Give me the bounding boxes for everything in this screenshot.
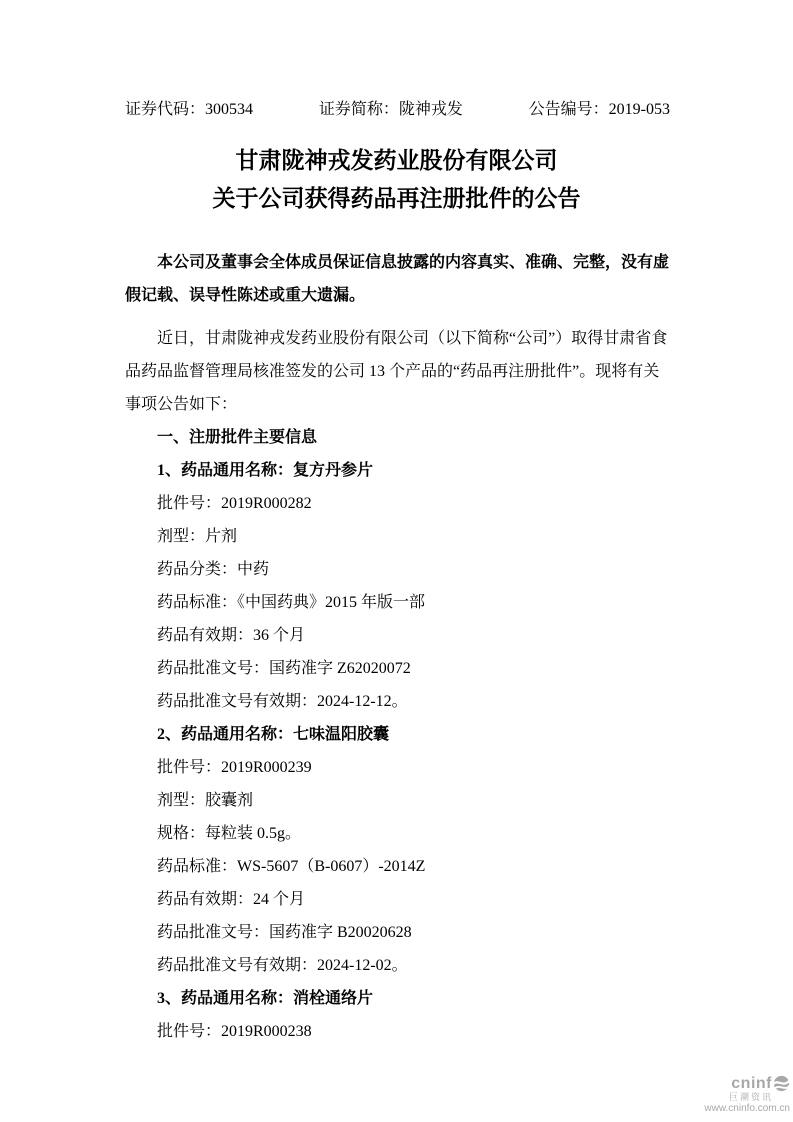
- drug-detail-line: 药品分类：中药: [125, 553, 670, 586]
- cninfo-brand-text: cninf: [731, 1076, 772, 1092]
- cninfo-brand-row: cninf: [680, 1075, 790, 1092]
- drug-detail-line: 药品标准：《中国药典》2015 年版一部: [125, 586, 670, 619]
- drug-detail-line: 药品批准文号：国药准字 B20020628: [125, 916, 670, 949]
- document-title: 甘肃陇神戎发药业股份有限公司 关于公司获得药品再注册批件的公告: [0, 142, 793, 218]
- drug-detail-line: 药品批准文号有效期：2024-12-02。: [125, 949, 670, 982]
- drug-heading: 1、药品通用名称：复方丹参片: [125, 454, 670, 487]
- cninfo-swirl-icon: [773, 1075, 790, 1092]
- title-line-subject: 关于公司获得药品再注册批件的公告: [0, 180, 793, 218]
- disclaimer-paragraph: 本公司及董事会全体成员保证信息披露的内容真实、准确、完整，没有虚假记载、误导性陈…: [125, 246, 670, 312]
- drug-detail-line: 药品批准文号：国药准字 Z62020072: [125, 652, 670, 685]
- document-header: 证券代码：300534 证券简称：陇神戎发 公告编号：2019-053: [125, 100, 670, 120]
- cninfo-watermark: cninf 巨潮资讯 www.cninfo.com.cn: [680, 1075, 790, 1114]
- stock-code: 证券代码：300534: [125, 100, 253, 120]
- document-body: 本公司及董事会全体成员保证信息披露的内容真实、准确、完整，没有虚假记载、误导性陈…: [125, 246, 670, 1048]
- drug-detail-line: 药品批准文号有效期：2024-12-12。: [125, 685, 670, 718]
- drug-detail-line: 批件号：2019R000239: [125, 751, 670, 784]
- cninfo-chinese-name: 巨潮资讯: [680, 1093, 790, 1102]
- announcement-number: 公告编号：2019-053: [529, 100, 670, 120]
- drug-heading: 2、药品通用名称：七味温阳胶囊: [125, 718, 670, 751]
- title-line-company: 甘肃陇神戎发药业股份有限公司: [0, 142, 793, 180]
- stock-name: 证券简称：陇神戎发: [319, 100, 463, 120]
- drug-detail-line: 剂型：胶囊剂: [125, 784, 670, 817]
- drug-detail-line: 批件号：2019R000238: [125, 1015, 670, 1048]
- drug-detail-line: 药品标准：WS-5607（B-0607）-2014Z: [125, 850, 670, 883]
- drug-heading: 3、药品通用名称：消栓通络片: [125, 982, 670, 1015]
- section-heading: 一、注册批件主要信息: [125, 421, 670, 454]
- drug-detail-line: 药品有效期：24 个月: [125, 883, 670, 916]
- cninfo-url: www.cninfo.com.cn: [680, 1104, 790, 1114]
- drug-list: 1、药品通用名称：复方丹参片批件号：2019R000282剂型：片剂药品分类：中…: [125, 454, 670, 1048]
- document-page: 证券代码：300534 证券简称：陇神戎发 公告编号：2019-053 甘肃陇神…: [0, 0, 793, 1122]
- drug-detail-line: 规格：每粒装 0.5g。: [125, 817, 670, 850]
- intro-paragraph: 近日，甘肃陇神戎发药业股份有限公司（以下简称“公司”）取得甘肃省食品药品监督管理…: [125, 322, 670, 421]
- drug-detail-line: 剂型：片剂: [125, 520, 670, 553]
- drug-detail-line: 药品有效期：36 个月: [125, 619, 670, 652]
- drug-detail-line: 批件号：2019R000282: [125, 487, 670, 520]
